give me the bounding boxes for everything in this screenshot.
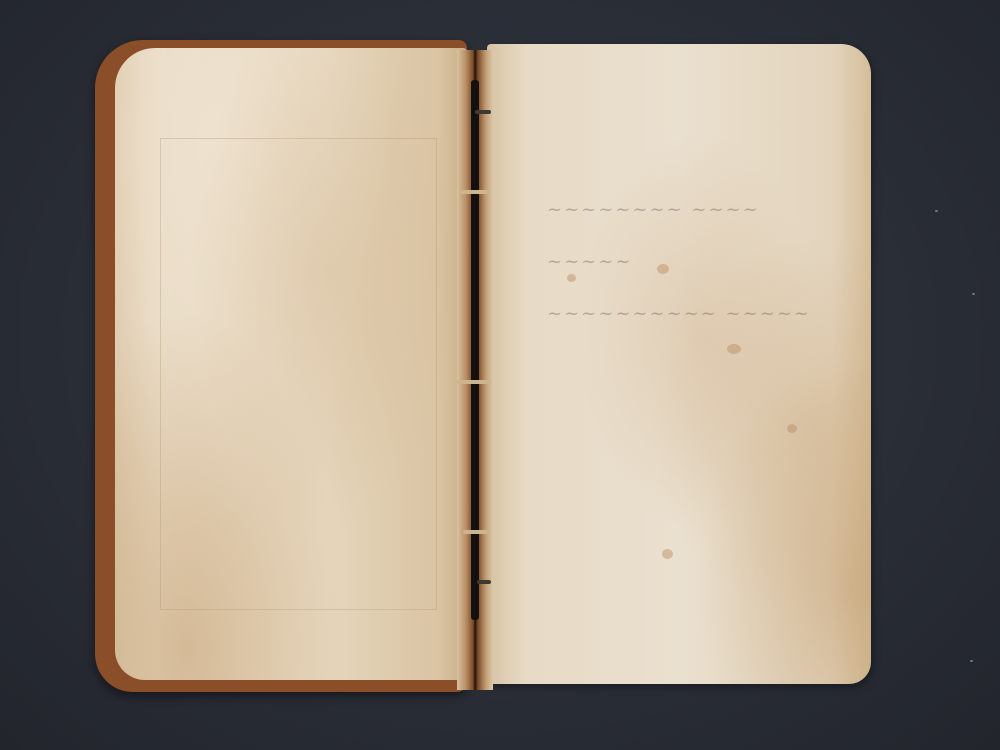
sewing-thread — [475, 110, 491, 114]
inscription-line: ~~~~~ — [547, 236, 827, 288]
sewing-thread — [457, 380, 491, 384]
foxing-spot — [657, 264, 669, 274]
foxing-spot — [787, 424, 797, 433]
sewing-thread — [477, 580, 491, 584]
left-endpaper — [115, 48, 467, 680]
sewing-thread — [463, 530, 489, 534]
inscription-line: ~~~~~~~~~~ ~~~~~ — [547, 288, 827, 340]
dust-speck — [935, 210, 938, 212]
inscription-line: ~~~~~~~~ ~~~~ — [547, 184, 827, 236]
pastedown-edge — [160, 138, 437, 610]
right-endpaper: ~~~~~~~~ ~~~~ ~~~~~ ~~~~~~~~~~ ~~~~~ — [487, 44, 871, 684]
foxing-spot — [727, 344, 741, 354]
open-book: ~~~~~~~~ ~~~~ ~~~~~ ~~~~~~~~~~ ~~~~~ — [95, 40, 875, 695]
foxing-spot — [567, 274, 576, 282]
spine-gap — [471, 80, 479, 620]
sewing-thread — [459, 190, 489, 194]
dust-speck — [970, 660, 973, 662]
foxing-spot — [662, 549, 673, 559]
dust-speck — [972, 293, 975, 295]
broken-spine — [457, 50, 493, 690]
faint-pencil-inscription: ~~~~~~~~ ~~~~ ~~~~~ ~~~~~~~~~~ ~~~~~ — [547, 184, 827, 340]
